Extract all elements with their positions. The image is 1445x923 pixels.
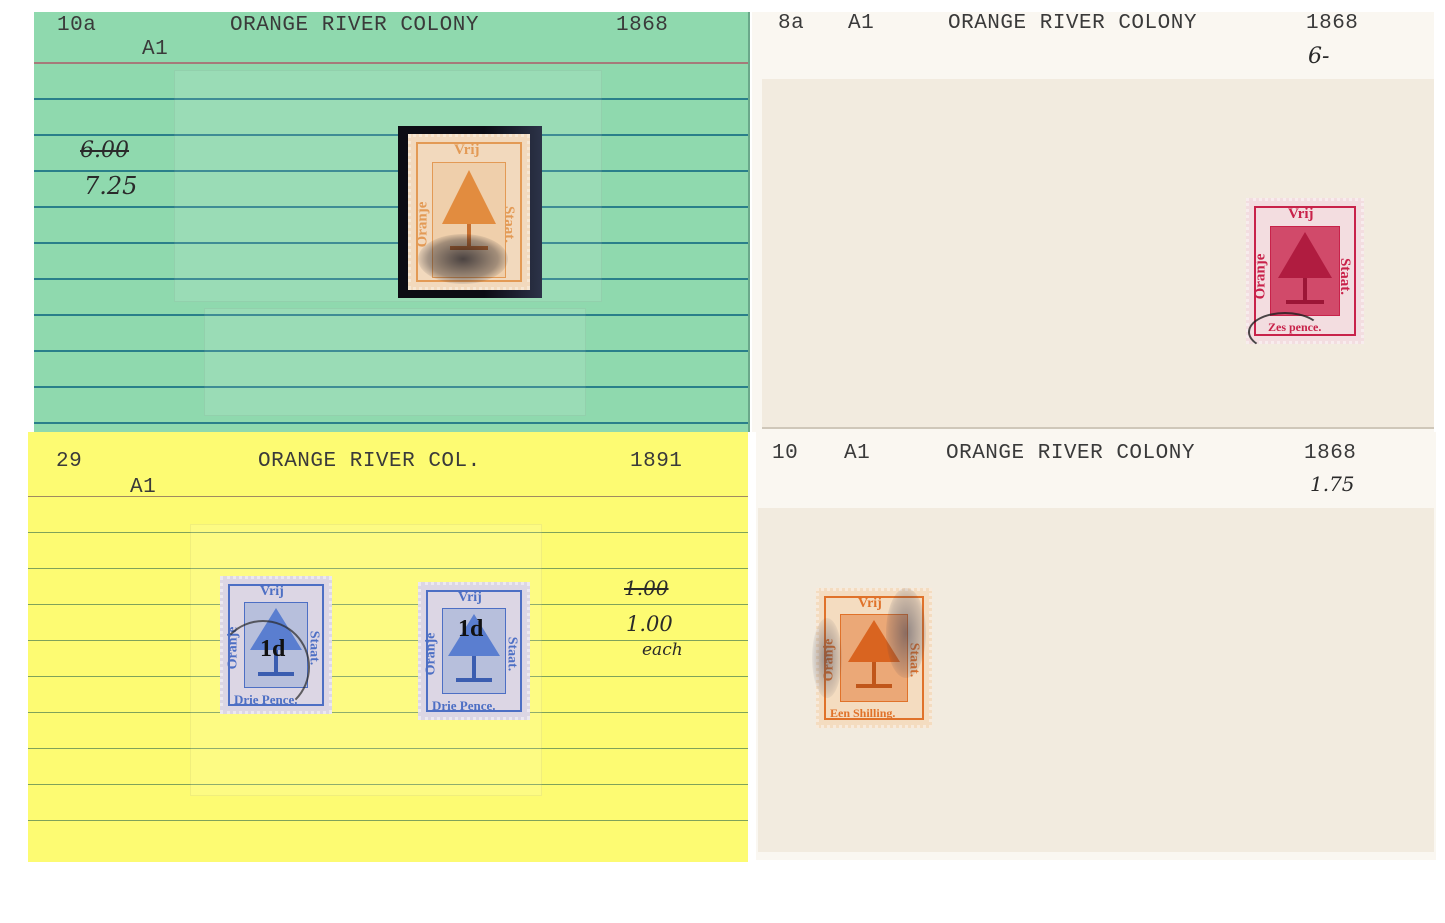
stamp-oranje: Oranje (414, 202, 431, 248)
postmark-cancel (418, 234, 508, 284)
catalog-number: 10 (772, 442, 798, 465)
line-rule (34, 422, 748, 424)
price-note: each (642, 640, 683, 660)
type-code: A1 (142, 38, 168, 61)
stamp-10a[interactable]: Vrij Oranje Staat. (408, 134, 530, 290)
stamp-vrij: Vrij (454, 142, 480, 159)
stamp-29-right[interactable]: Vrij Oranje Staat. 1d Drie Pence. (418, 582, 530, 720)
stamp-vrij: Vrij (1288, 206, 1314, 223)
type-code: A1 (848, 12, 874, 35)
stamp-8a[interactable]: Vrij Oranje Staat. Zes pence. (1246, 198, 1364, 344)
stock-card-10a: 10a ORANGE RIVER COLONY 1868 A1 6.00 7.2… (34, 12, 750, 432)
stock-card-29: 29 ORANGE RIVER COL. 1891 A1 1.00 1.00 e… (28, 432, 748, 862)
catalog-number: 29 (56, 450, 82, 473)
postmark-cancel (812, 618, 842, 698)
surcharge-overprint: 1d (458, 616, 483, 643)
postmark-cancel (1248, 312, 1322, 352)
price-old: 1.00 (624, 576, 669, 600)
stamp-value: Een Shilling. (830, 706, 895, 721)
postmark-cancel (886, 588, 926, 678)
line-rule (28, 820, 748, 821)
stamp-29-left[interactable]: Vrij Oranje Staat. 1d Drie Pence. (220, 576, 332, 714)
stamp-oranje: Oranje (1252, 254, 1269, 300)
country-name: ORANGE RIVER COLONY (946, 442, 1195, 465)
issue-year: 1891 (630, 450, 682, 473)
stamp-oranje: Oranje (423, 633, 439, 676)
stamp-vrij: Vrij (858, 596, 882, 612)
price-new: 7.25 (84, 172, 137, 200)
stamp-value: Drie Pence. (432, 698, 496, 714)
country-name: ORANGE RIVER COLONY (948, 12, 1197, 35)
price-old: 6.00 (80, 138, 129, 163)
header-rule (28, 496, 748, 497)
issue-year: 1868 (1304, 442, 1356, 465)
stock-card-10: 10 A1 ORANGE RIVER COLONY 1868 1.75 Vrij… (756, 432, 1436, 860)
issue-year: 1868 (1306, 12, 1358, 35)
price-new: 6- (1308, 44, 1329, 69)
stamp-vrij: Vrij (458, 590, 482, 606)
type-code: A1 (844, 442, 870, 465)
price-new: 1.75 (1310, 472, 1355, 496)
catalog-number: 8a (778, 12, 804, 35)
catalog-number: 10a (57, 14, 96, 37)
glassine-sleeve (204, 308, 586, 416)
issue-year: 1868 (616, 14, 668, 37)
orange-tree-icon (1274, 230, 1336, 314)
stamp-vrij: Vrij (260, 584, 284, 600)
stamp-10[interactable]: Vrij Oranje Staat. Een Shilling. (816, 588, 932, 728)
stock-card-8a: 8a A1 ORANGE RIVER COLONY 1868 6- Vrij O… (752, 12, 1434, 432)
header-rule (34, 62, 748, 64)
price-new: 1.00 (626, 612, 673, 636)
country-name: ORANGE RIVER COLONY (230, 14, 479, 37)
country-name: ORANGE RIVER COL. (258, 450, 481, 473)
postmark-cancel (216, 620, 310, 714)
